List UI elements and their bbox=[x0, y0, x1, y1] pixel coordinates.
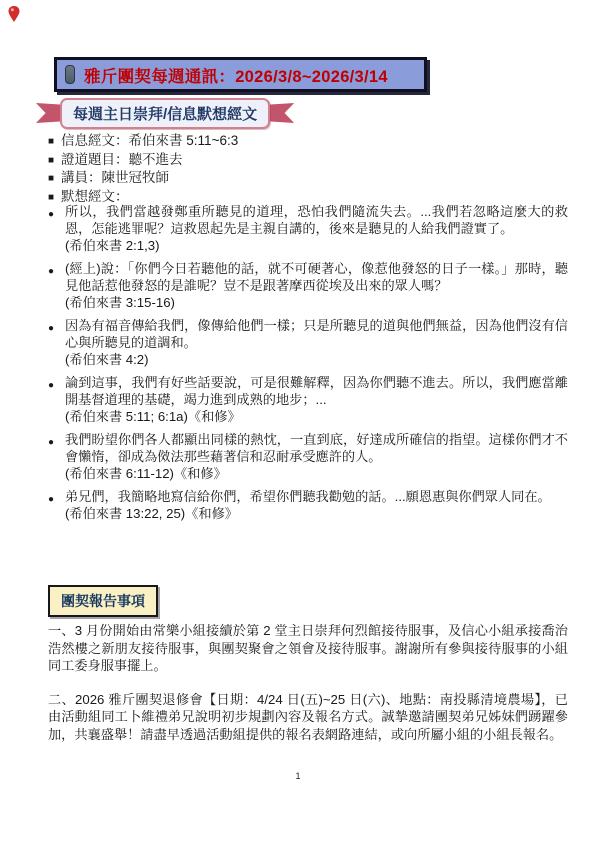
circle-bullet-icon: ● bbox=[48, 263, 54, 280]
page-title: 雅斤團契每週通訊：2026/3/8~2026/3/14 bbox=[84, 63, 388, 87]
announcement-paragraph: 二、2026 雅斤團契退修會【日期：4/24 日(五)~25 日(六)、地點：南… bbox=[48, 691, 568, 744]
info-item: ■信息經文：希伯來書 5:11~6:3 bbox=[48, 133, 568, 152]
square-bullet-icon: ■ bbox=[48, 173, 54, 184]
circle-bullet-icon: ● bbox=[48, 320, 54, 337]
devotion-item: ● 我們盼望你們各人都顯出同樣的熱忱，一直到底，好達成所確信的指望。這樣你們才不… bbox=[48, 431, 568, 482]
devotion-list: ● 所以，我們當越發鄭重所聽見的道理，恐怕我們隨流失去。...我們若忽略這麼大的… bbox=[48, 203, 568, 528]
devotion-item: ● 因為有福音傳給我們，像傳給他們一樣；只是所聽見的道與他們無益，因為他們沒有信… bbox=[48, 317, 568, 368]
info-item: ■講員：陳世冠牧師 bbox=[48, 170, 568, 189]
devotion-item: ● 所以，我們當越發鄭重所聽見的道理，恐怕我們隨流失去。...我們若忽略這麼大的… bbox=[48, 203, 568, 254]
circle-bullet-icon: ● bbox=[48, 491, 54, 508]
book-spine-icon bbox=[65, 65, 75, 84]
devotion-text: 我們盼望你們各人都顯出同樣的熱忱，一直到底，好達成所確信的指望。這樣你們才不會懶… bbox=[65, 431, 568, 465]
title-banner: 雅斤團契每週通訊：2026/3/8~2026/3/14 bbox=[54, 57, 427, 92]
section-header-label: 每週主日崇拜/信息默想經文 bbox=[60, 98, 270, 129]
scripture-ref: (希伯來書 4:2) bbox=[65, 351, 568, 368]
devotion-text: 論到這事，我們有好些話要說，可是很難解釋，因為你們聽不進去。所以，我們應當離開基… bbox=[65, 374, 568, 408]
circle-bullet-icon: ● bbox=[48, 206, 54, 223]
service-info-list: ■信息經文：希伯來書 5:11~6:3 ■證道題目：聽不進去 ■講員：陳世冠牧師… bbox=[48, 133, 568, 207]
scripture-ref: (希伯來書 13:22, 25)《和修》 bbox=[65, 505, 568, 522]
devotion-item: ● 論到這事，我們有好些話要說，可是很難解釋，因為你們聽不進去。所以，我們應當離… bbox=[48, 374, 568, 425]
circle-bullet-icon: ● bbox=[48, 434, 54, 451]
info-item-text: 講員：陳世冠牧師 bbox=[61, 170, 169, 185]
info-item-text: 默想經文： bbox=[61, 189, 129, 204]
circle-bullet-icon: ● bbox=[48, 377, 54, 394]
page-number: 1 bbox=[0, 771, 596, 781]
red-pin-icon bbox=[7, 5, 21, 23]
info-item: ■證道題目：聽不進去 bbox=[48, 152, 568, 171]
devotion-item: ● 弟兄們，我簡略地寫信給你們，希望你們聽我勸勉的話。...願恩惠與你們眾人同在… bbox=[48, 488, 568, 522]
devotion-text: 因為有福音傳給我們，像傳給他們一樣；只是所聽見的道與他們無益，因為他們沒有信心與… bbox=[65, 317, 568, 351]
announcement-list: 一、3 月份開始由常樂小組接續於第 2 堂主日崇拜何烈館接待服事，及信心小組承接… bbox=[48, 622, 568, 759]
devotion-text: 所以，我們當越發鄭重所聽見的道理，恐怕我們隨流失去。...我們若忽略這麼大的救恩… bbox=[65, 203, 568, 237]
info-item-text: 信息經文：希伯來書 5:11~6:3 bbox=[61, 133, 238, 148]
square-bullet-icon: ■ bbox=[48, 155, 54, 166]
devotion-item: ● (經上)說：「你們今日若聽他的話，就不可硬著心，像惹他發怒的日子一樣。」那時… bbox=[48, 260, 568, 311]
scripture-ref: (希伯來書 2:1,3) bbox=[65, 237, 568, 254]
devotion-text: (經上)說：「你們今日若聽他的話，就不可硬著心，像惹他發怒的日子一樣。」那時，聽… bbox=[65, 260, 568, 294]
square-bullet-icon: ■ bbox=[48, 192, 54, 203]
devotion-text: 弟兄們，我簡略地寫信給你們，希望你們聽我勸勉的話。...願恩惠與你們眾人同在。 bbox=[65, 488, 568, 505]
scripture-ref: (希伯來書 5:11; 6:1a)《和修》 bbox=[65, 408, 568, 425]
announcement-paragraph: 一、3 月份開始由常樂小組接續於第 2 堂主日崇拜何烈館接待服事，及信心小組承接… bbox=[48, 622, 568, 675]
newsletter-page: 雅斤團契每週通訊：2026/3/8~2026/3/14 每週主日崇拜/信息默想經… bbox=[0, 0, 596, 842]
report-section-label: 團契報告事項 bbox=[48, 585, 158, 617]
info-item-text: 證道題目：聽不進去 bbox=[61, 152, 183, 167]
scripture-ref: (希伯來書 6:11-12)《和修》 bbox=[65, 465, 568, 482]
section-header-ribbon: 每週主日崇拜/信息默想經文 bbox=[36, 99, 294, 127]
scripture-ref: (希伯來書 3:15-16) bbox=[65, 294, 568, 311]
square-bullet-icon: ■ bbox=[48, 136, 54, 147]
